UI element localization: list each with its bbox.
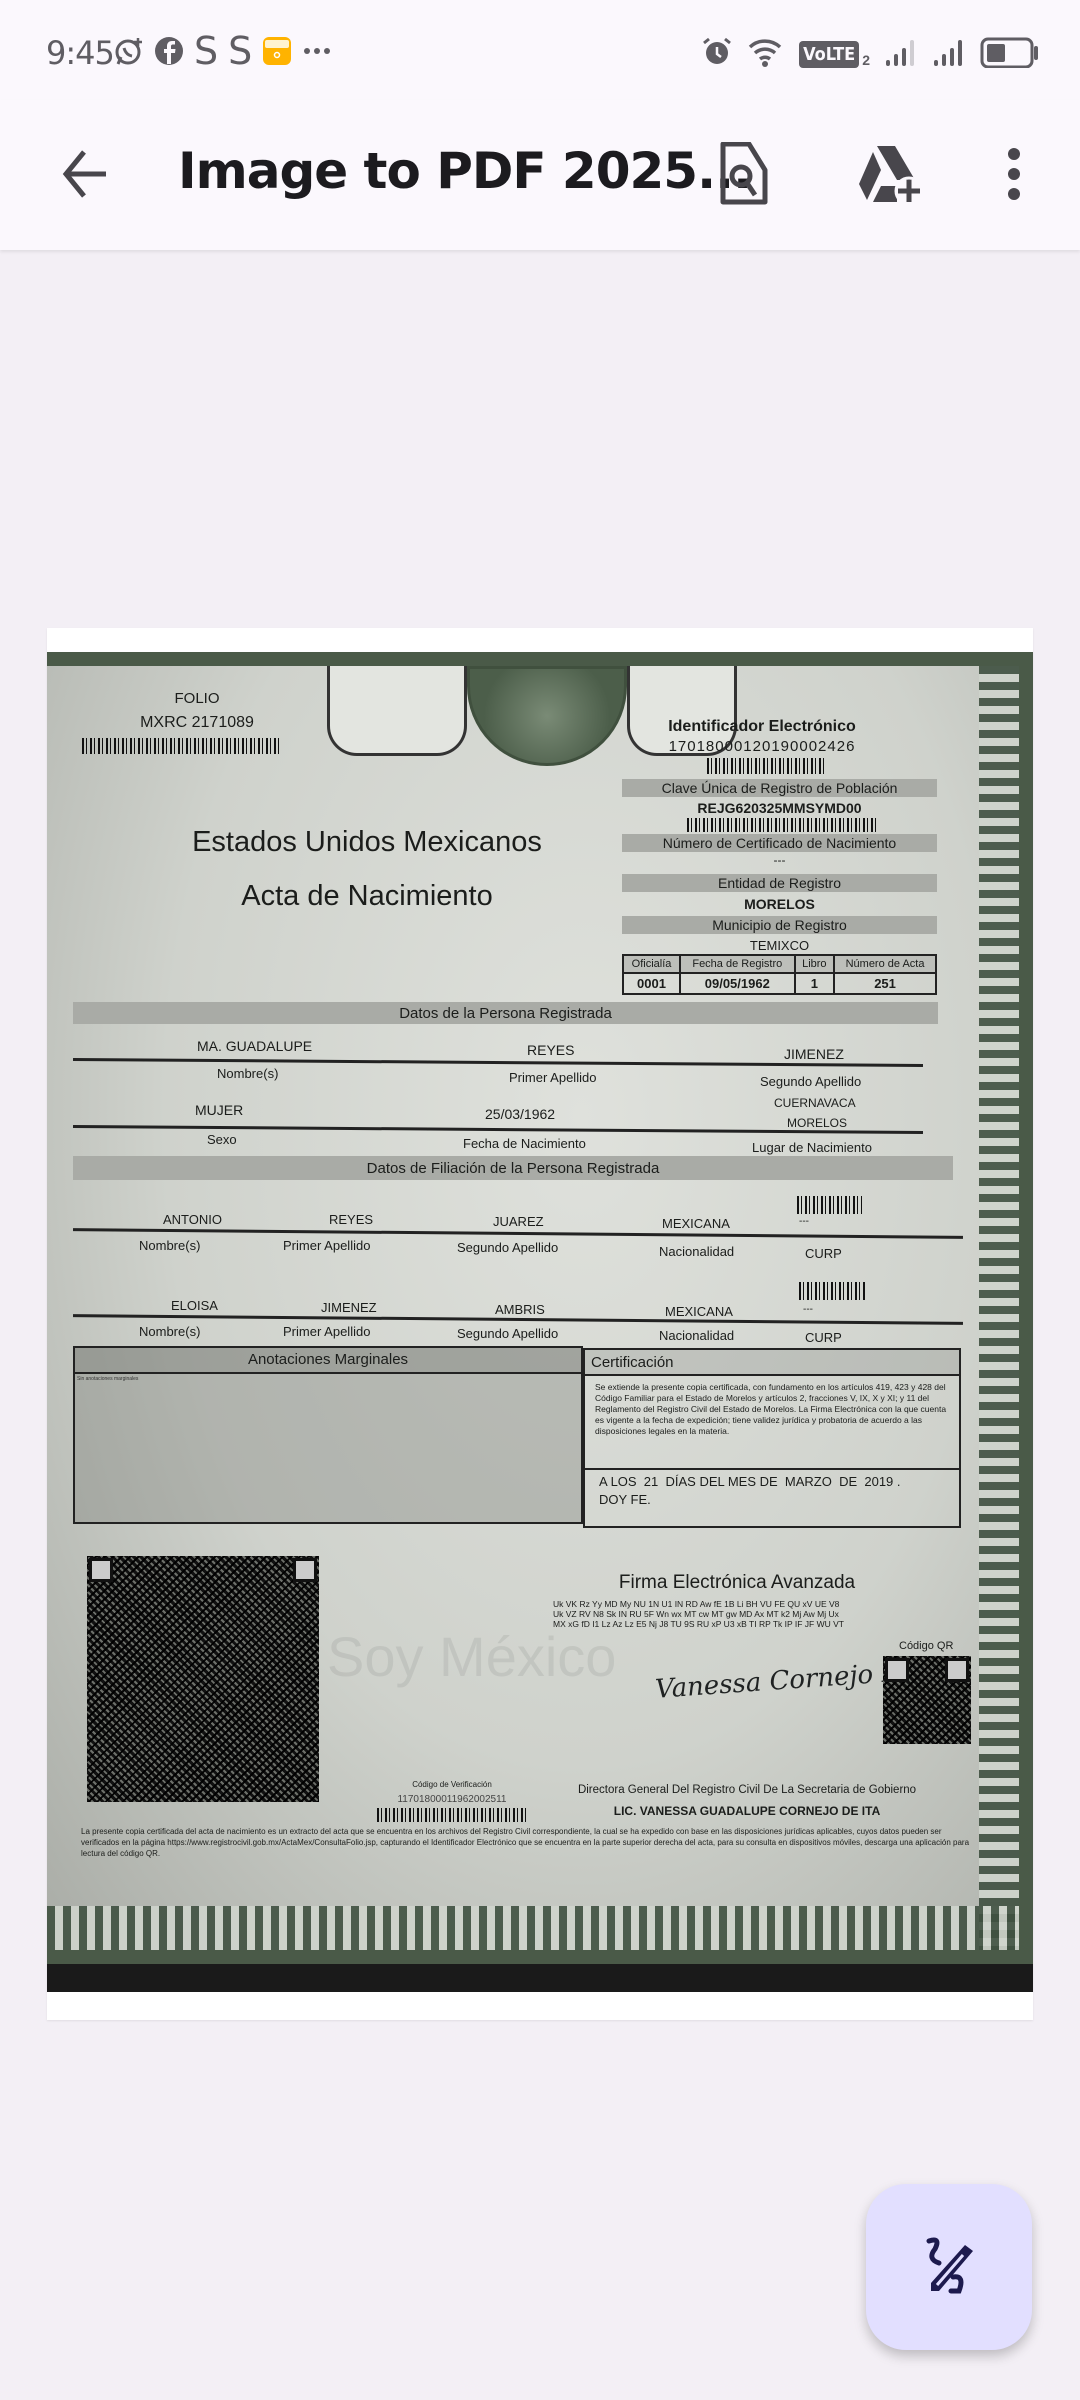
table-header: Fecha de Registro <box>680 955 795 973</box>
curp-barcode <box>687 818 877 832</box>
drive-add-icon <box>855 144 921 204</box>
parent-curp-label: CURP <box>805 1246 842 1261</box>
document-photo: FOLIO MXRC 2171089 Estados Unidos Mexica… <box>47 652 1033 1992</box>
curp-label: Clave Única de Registro de Población <box>622 780 937 796</box>
signal-sim2-icon <box>932 36 966 73</box>
parent-nacionalidad-label: Nacionalidad <box>659 1328 734 1343</box>
municipio-label: Municipio de Registro <box>622 917 937 933</box>
anotaciones-text: Sin anotaciones marginales <box>77 1376 138 1382</box>
persona-sexo-label: Sexo <box>207 1132 237 1147</box>
persona-fecha-nacimiento-label: Fecha de Nacimiento <box>463 1136 586 1151</box>
persona-nombre: MA. GUADALUPE <box>197 1038 312 1054</box>
back-button[interactable] <box>48 138 120 210</box>
certificacion-label: Certificación <box>591 1354 674 1371</box>
persona-lugar-label: Lugar de Nacimiento <box>752 1140 872 1155</box>
document-search-button[interactable] <box>706 136 782 212</box>
table-cell: 09/05/1962 <box>680 973 795 994</box>
signal-sim1-icon <box>884 36 918 73</box>
parent-segundo-apellido-label: Segundo Apellido <box>457 1326 558 1341</box>
add-to-drive-button[interactable] <box>850 136 926 212</box>
birth-certificate: FOLIO MXRC 2171089 Estados Unidos Mexica… <box>47 652 1033 1964</box>
table-header: Número de Acta <box>834 955 936 973</box>
volte-icon: VoLTE 2 <box>799 41 870 68</box>
entidad-value: MORELOS <box>622 896 937 912</box>
parent-curp-barcode <box>797 1196 862 1214</box>
battery-icon <box>980 36 1040 73</box>
parent-segundo-apellido: AMBRIS <box>495 1302 545 1317</box>
footer-legal-text: La presente copia certificada del acta d… <box>81 1826 971 1859</box>
table-cell: 1 <box>795 973 835 994</box>
filiacion-section-title: Datos de Filiación de la Persona Registr… <box>73 1160 953 1177</box>
parent-primer-apellido: REYES <box>329 1212 373 1227</box>
whatsapp-business-icon <box>114 36 144 66</box>
parent-curp-label: CURP <box>805 1330 842 1345</box>
ornament <box>327 666 467 756</box>
firma-label: Firma Electrónica Avanzada <box>587 1572 887 1594</box>
persona-segundo-apellido: JIMENEZ <box>784 1046 844 1062</box>
parent-nacionalidad: MEXICANA <box>662 1216 730 1231</box>
certificacion-box: Certificación Se extiende la presente co… <box>583 1348 961 1528</box>
director-title: Directora General Del Registro Civil De … <box>547 1784 947 1796</box>
draw-signature-icon <box>919 2237 979 2297</box>
pdf-page-preview[interactable]: FOLIO MXRC 2171089 Estados Unidos Mexica… <box>47 628 1033 2020</box>
persona-primer-apellido: REYES <box>527 1042 574 1058</box>
status-time: 9:45 <box>46 34 114 72</box>
verification-qr-code <box>87 1556 319 1802</box>
certificado-value: --- <box>622 853 937 867</box>
municipio-value: TEMIXCO <box>622 938 937 953</box>
ornamental-border <box>979 666 1019 1950</box>
parent-curp: --- <box>799 1216 809 1227</box>
signature-qr-code <box>883 1656 971 1744</box>
registry-table: Oficialía Fecha de Registro Libro Número… <box>622 954 937 995</box>
anotaciones-box: Anotaciones Marginales Sin anotaciones m… <box>73 1346 583 1524</box>
document-title: Image to PDF 2025... <box>178 142 751 200</box>
persona-sexo: MUJER <box>195 1102 243 1118</box>
table-header: Oficialía <box>623 955 680 973</box>
firma-line: Uk VK Rz Yy MD My NU 1N U1 IN RD Aw fE 1… <box>553 1599 839 1609</box>
folio-value: MXRC 2171089 <box>107 714 287 732</box>
document-search-icon <box>719 142 769 206</box>
table-header: Libro <box>795 955 835 973</box>
persona-primer-apellido-label: Primer Apellido <box>509 1070 596 1085</box>
national-seal <box>467 666 627 766</box>
parent-primer-apellido: JIMENEZ <box>321 1300 377 1315</box>
verification-barcode <box>377 1808 527 1822</box>
verificacion-value: 117018000119620025­11 <box>367 1794 537 1805</box>
parent-nombre-label: Nombre(s) <box>139 1238 200 1253</box>
wifi-icon <box>747 36 785 73</box>
document-type-title: Acta de Nacimiento <box>227 880 507 913</box>
persona-lugar-line1: CUERNAVACA <box>774 1096 856 1110</box>
firma-line: MX xG fD I1 Lz Az Lz E5 Nj J8 TU 9S RU x… <box>553 1619 844 1629</box>
parent-nombre: ELOISA <box>171 1298 218 1313</box>
parent-nombre: ANTONIO <box>163 1212 222 1227</box>
fecha-expedicion: A LOS 21 DÍAS DEL MES DE MARZO DE 2019 . <box>599 1474 901 1489</box>
more-options-button[interactable] <box>976 136 1052 212</box>
table-cell: 0001 <box>623 973 680 994</box>
parent-curp-barcode <box>799 1282 867 1300</box>
signature: Vanessa Cornejo D. <box>654 1657 910 1705</box>
status-bar: 9:45 S S VoLTE 2 <box>0 0 1080 100</box>
facebook-icon <box>154 36 184 66</box>
identificador-barcode <box>707 758 827 774</box>
s-app-icon: S <box>228 36 252 66</box>
parent-nacionalidad-label: Nacionalidad <box>659 1244 734 1259</box>
director-name: LIC. VANESSA GUADALUPE CORNEJO DE ITA <box>547 1804 947 1818</box>
certificacion-text: Se extiende la presente copia certificad… <box>595 1382 950 1437</box>
arrow-back-icon <box>58 148 110 200</box>
certificado-label: Número de Certificado de Nacimiento <box>622 835 937 851</box>
more-notifications-icon <box>302 36 332 66</box>
entidad-label: Entidad de Registro <box>622 875 937 891</box>
divider <box>73 1228 963 1239</box>
top-app-bar: Image to PDF 2025... <box>0 100 1080 250</box>
table-cell: 251 <box>834 973 936 994</box>
parent-primer-apellido-label: Primer Apellido <box>283 1324 370 1339</box>
verificacion-label: Código de Verificación <box>377 1780 527 1789</box>
identificador-value: 17018000120190002426 <box>647 738 877 755</box>
alarm-icon <box>701 36 733 73</box>
firma-line: Uk VZ RV N8 Sk IN RU 5F Wn wx MT cw MT g… <box>553 1609 839 1619</box>
ornamental-border <box>47 1906 1019 1950</box>
parent-nombre-label: Nombre(s) <box>139 1324 200 1339</box>
folio-label: FOLIO <box>127 690 267 707</box>
parent-nacionalidad: MEXICANA <box>665 1304 733 1319</box>
identificador-label: Identificador Electrónico <box>647 718 877 736</box>
persona-lugar-line2: MORELOS <box>787 1116 847 1130</box>
folio-barcode <box>82 738 282 754</box>
sign-document-fab[interactable] <box>866 2184 1032 2350</box>
persona-segundo-apellido-label: Segundo Apellido <box>760 1074 861 1089</box>
country-title: Estados Unidos Mexicanos <box>177 826 557 859</box>
parent-primer-apellido-label: Primer Apellido <box>283 1238 370 1253</box>
anotaciones-label: Anotaciones Marginales <box>75 1351 581 1368</box>
wallet-app-icon <box>262 36 292 66</box>
curp-value: REJG620325MMSYMD00 <box>622 800 937 816</box>
more-vert-icon <box>1007 146 1021 202</box>
persona-nombre-label: Nombre(s) <box>217 1066 278 1081</box>
persona-section-title: Datos de la Persona Registrada <box>73 1005 938 1022</box>
parent-curp: --- <box>803 1304 813 1315</box>
persona-fecha-nacimiento: 25/03/1962 <box>485 1106 555 1122</box>
qr-label: Código QR <box>899 1640 953 1652</box>
parent-segundo-apellido: JUAREZ <box>493 1214 544 1229</box>
watermark: Soy México <box>327 1624 616 1689</box>
doy-fe: DOY FE. <box>599 1492 651 1507</box>
parent-segundo-apellido-label: Segundo Apellido <box>457 1240 558 1255</box>
s-app-icon: S <box>194 36 218 66</box>
